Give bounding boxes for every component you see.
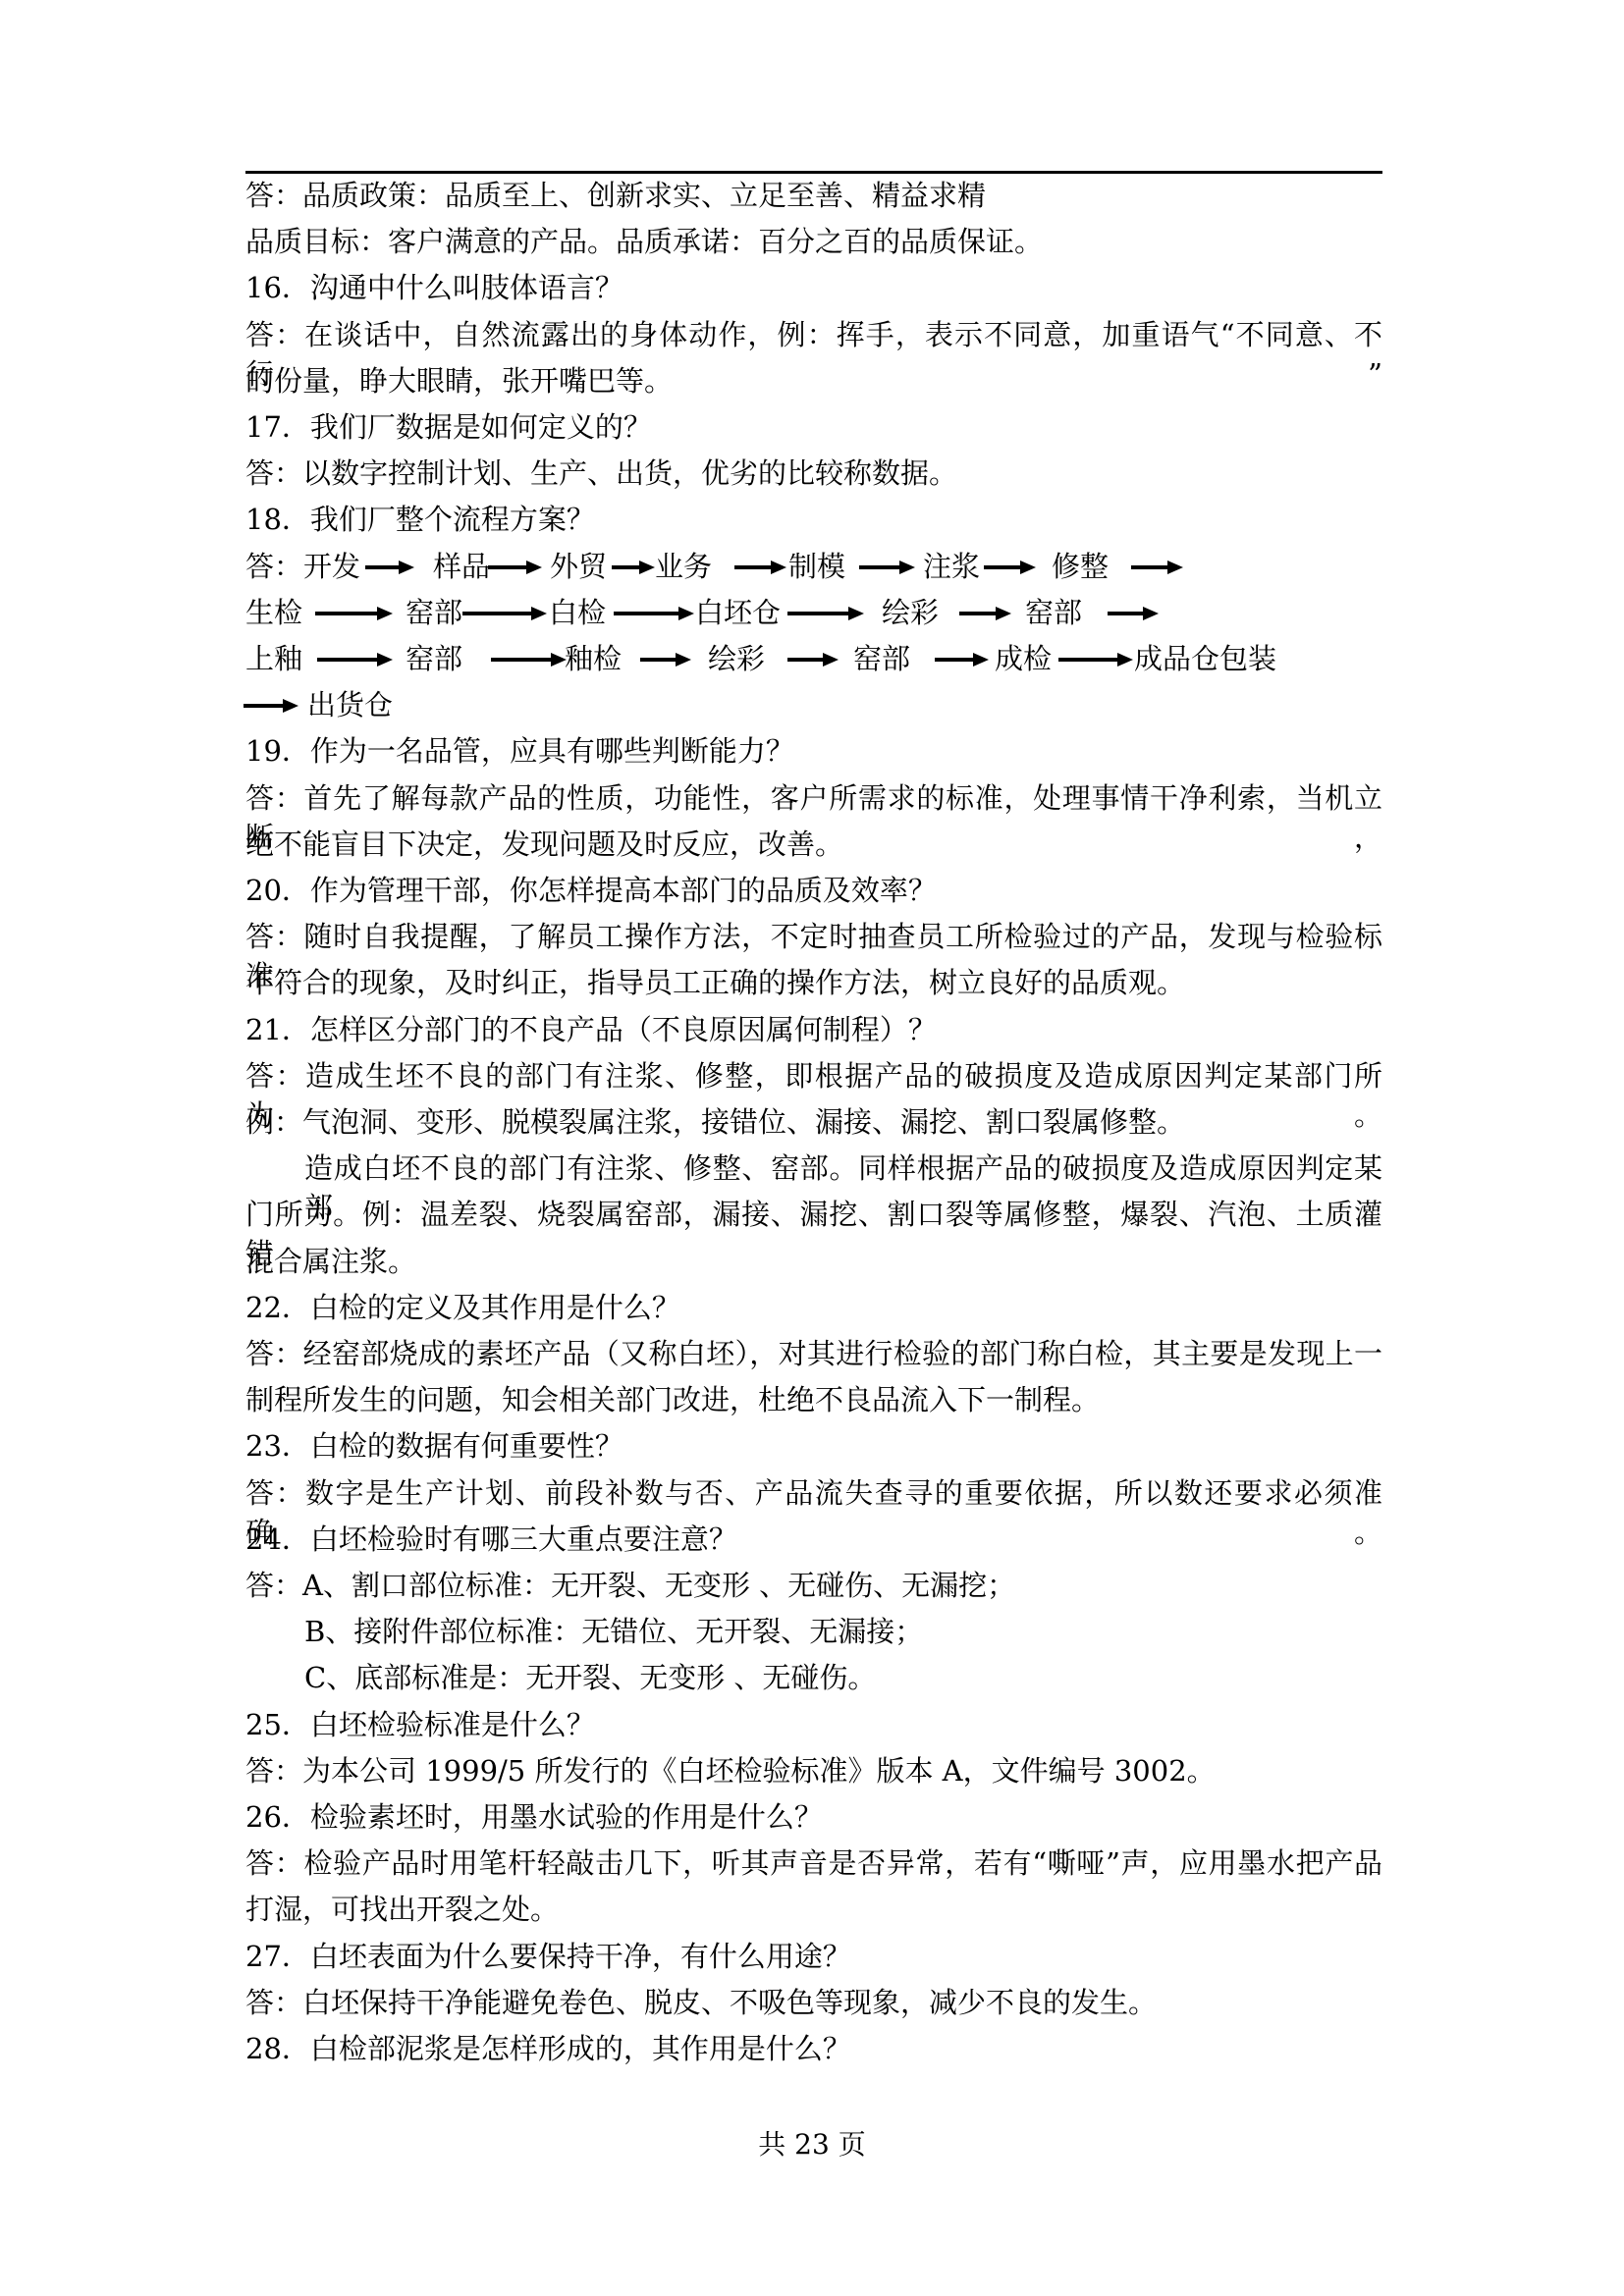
right-arrow-icon — [935, 653, 989, 667]
answer-line: 答：造成生坯不良的部门有注浆、修整，即根据产品的破损度及造成原因判定某部门所为。 — [245, 1056, 1382, 1095]
flow-step: 生检 — [245, 593, 302, 632]
question-line: 18．我们厂整个流程方案？ — [245, 500, 1382, 539]
answer-line: 答：在谈话中，自然流露出的身体动作，例：挥手，表示不同意，加重语气“不同意、不行… — [245, 315, 1382, 354]
right-arrow-icon — [859, 561, 915, 574]
answer-line: 例：气泡洞、变形、脱模裂属注浆，接错位、漏接、漏挖、割口裂属修整。 — [245, 1102, 1382, 1142]
answer-line: 答：A、割口部位标准：无开裂、无变形 、无碰伤、无漏挖； — [245, 1566, 1382, 1605]
flow-step: 釉检 — [565, 639, 622, 678]
right-arrow-icon — [365, 561, 414, 574]
question-line: 23．白检的数据有何重要性？ — [245, 1426, 1382, 1466]
answer-line: 答：随时自我提醒，了解员工操作方法，不定时抽查员工所检验过的产品，发现与检验标准 — [245, 917, 1382, 956]
answer-line: 答：以数字控制计划、生产、出货，优劣的比较称数据。 — [245, 454, 1382, 493]
right-arrow-icon — [787, 607, 864, 620]
answer-line: B、接附件部位标准：无错位、无开裂、无漏接； — [304, 1612, 1382, 1651]
right-arrow-icon — [1108, 607, 1159, 620]
answer-line: 打湿，可找出开裂之处。 — [245, 1890, 1382, 1929]
answer-line: 答：白坯保持干净能避免卷色、脱皮、不吸色等现象，减少不良的发生。 — [245, 1983, 1382, 2022]
right-arrow-icon — [640, 653, 691, 667]
question-line: 26．检验素坯时，用墨水试验的作用是什么？ — [245, 1797, 1382, 1837]
answer-line: 答：数字是生产计划、前段补数与否、产品流失查寻的重要依据，所以数还要求必须准确。 — [245, 1473, 1382, 1513]
question-line: 20．作为管理干部，你怎样提高本部门的品质及效率？ — [245, 871, 1382, 910]
right-arrow-icon — [734, 561, 786, 574]
answer-line: 绝不能盲目下决定，发现问题及时反应，改善。 — [245, 825, 1382, 864]
answer-line: 答：检验产品时用笔杆轻敲击几下，听其声音是否异常，若有“嘶哑”声，应用墨水把产品 — [245, 1843, 1382, 1883]
flow-step: 答： — [245, 547, 302, 586]
flow-step: 出货仓 — [307, 685, 393, 724]
answer-line: 制程所发生的问题，知会相关部门改进，杜绝不良品流入下一制程。 — [245, 1380, 1382, 1419]
flow-step: 绘彩 — [708, 639, 765, 678]
flow-step: 绘彩 — [882, 593, 939, 632]
answer-line: C、底部标准是：无开裂、无变形 、无碰伤。 — [304, 1658, 1382, 1697]
right-arrow-icon — [1131, 561, 1183, 574]
page-footer: 共 23 页 — [0, 2125, 1624, 2164]
answer-line: 答：首先了解每款产品的性质，功能性，客户所需求的标准，处理事情干净利索，当机立断… — [245, 778, 1382, 818]
right-arrow-icon — [462, 607, 547, 620]
flow-step: 窑部 — [853, 639, 910, 678]
question-line: 16．沟通中什么叫肢体语言？ — [245, 268, 1382, 307]
answer-line: 造成白坯不良的部门有注浆、修整、窑部。同样根据产品的破损度及造成原因判定某部 — [304, 1148, 1382, 1188]
flow-step: 注浆 — [923, 547, 980, 586]
flow-step: 样品 — [433, 547, 490, 586]
flow-step: 成检 — [995, 639, 1052, 678]
answer-line: 答：为本公司 1999/5 所发行的《白坯检验标准》版本 A，文件编号 3002… — [245, 1751, 1382, 1790]
header-rule — [245, 171, 1382, 174]
question-line: 22．白检的定义及其作用是什么？ — [245, 1288, 1382, 1327]
flow-step: 上釉 — [245, 639, 302, 678]
question-line: 24．白坯检验时有哪三大重点要注意？ — [245, 1520, 1382, 1559]
question-line: 19．作为一名品管，应具有哪些判断能力？ — [245, 731, 1382, 771]
answer-line: 品质目标：客户满意的产品。品质承诺：百分之百的品质保证。 — [245, 222, 1382, 261]
right-arrow-icon — [488, 561, 542, 574]
answer-line: 不符合的现象，及时纠正，指导员工正确的操作方法，树立良好的品质观。 — [245, 963, 1382, 1002]
right-arrow-icon — [244, 699, 298, 713]
question-line: 21．怎样区分部门的不良产品（不良原因属何制程）？ — [245, 1010, 1382, 1049]
answer-line: 混合属注浆。 — [245, 1242, 1382, 1281]
answer-line: 的份量，睁大眼睛，张开嘴巴等。 — [245, 361, 1382, 400]
flow-step: 成品仓包装 — [1134, 639, 1276, 678]
flow-step: 外贸 — [550, 547, 607, 586]
answer-line: 门所为。例：温差裂、烧裂属窑部，漏接、漏挖、割口裂等属修整，爆裂、汽泡、土质灌错 — [245, 1195, 1382, 1234]
right-arrow-icon — [787, 653, 839, 667]
flow-step: 白坯仓 — [695, 593, 781, 632]
flow-step: 修整 — [1052, 547, 1109, 586]
flow-step: 窑部 — [1025, 593, 1082, 632]
flow-step: 白检 — [549, 593, 606, 632]
right-arrow-icon — [315, 607, 393, 620]
right-arrow-icon — [614, 607, 694, 620]
flow-step: 窑部 — [406, 593, 462, 632]
right-arrow-icon — [1058, 653, 1133, 667]
right-arrow-icon — [959, 607, 1011, 620]
flow-step: 窑部 — [406, 639, 462, 678]
right-arrow-icon — [317, 653, 393, 667]
right-arrow-icon — [984, 561, 1036, 574]
question-line: 27．白坯表面为什么要保持干净，有什么用途？ — [245, 1937, 1382, 1976]
question-line: 17．我们厂数据是如何定义的？ — [245, 407, 1382, 447]
right-arrow-icon — [491, 653, 567, 667]
answer-line: 答：经窑部烧成的素坯产品（又称白坯），对其进行检验的部门称白检，其主要是发现上一 — [245, 1334, 1382, 1373]
flow-step: 制模 — [788, 547, 845, 586]
answer-line: 答：品质政策：品质至上、创新求实、立足至善、精益求精 — [245, 176, 1382, 215]
flow-step: 开发 — [303, 547, 360, 586]
question-line: 28．白检部泥浆是怎样形成的，其作用是什么？ — [245, 2029, 1382, 2068]
flow-step: 业务 — [655, 547, 712, 586]
question-line: 25．白坯检验标准是什么？ — [245, 1705, 1382, 1744]
right-arrow-icon — [612, 561, 655, 574]
